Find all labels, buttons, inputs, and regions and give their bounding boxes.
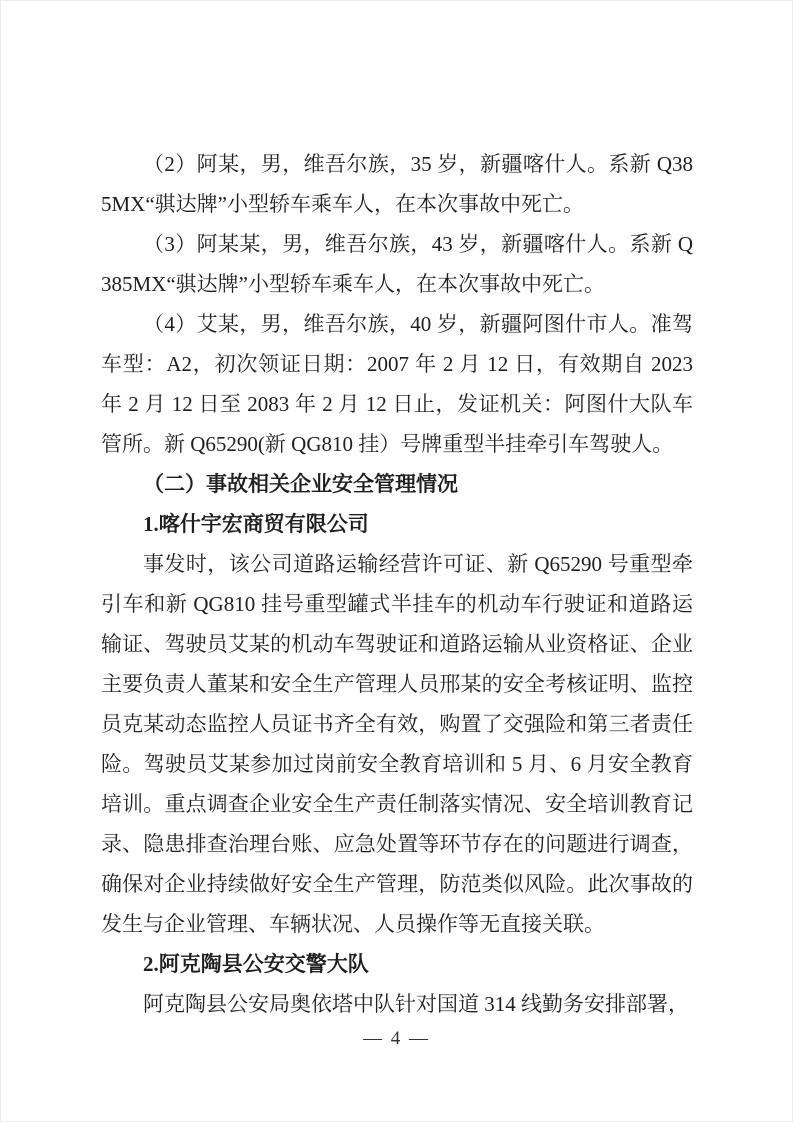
paragraph-victim-3: （3）阿某某，男，维吾尔族，43 岁，新疆喀什人。系新 Q385MX“骐达牌”小… — [101, 224, 693, 304]
paragraph-company-safety-detail: 事发时，该公司道路运输经营许可证、新 Q65290 号重型牵引车和新 QG810… — [101, 544, 693, 944]
paragraph-akto-police-detail: 阿克陶县公安局奥依塔中队针对国道 314 线勤务安排部署， — [101, 984, 693, 1024]
page-number: — 4 — — [1, 1025, 792, 1053]
paragraph-victim-4-driver: （4）艾某，男，维吾尔族，40 岁，新疆阿图什市人。准驾车型：A2，初次领证日期… — [101, 304, 693, 464]
heading-section-2-enterprise-safety: （二）事故相关企业安全管理情况 — [101, 464, 693, 504]
heading-company-kashi-yuhong: 1.喀什宇宏商贸有限公司 — [101, 504, 693, 544]
paragraph-victim-2: （2）阿某，男，维吾尔族，35 岁，新疆喀什人。系新 Q385MX“骐达牌”小型… — [101, 144, 693, 224]
document-body: （2）阿某，男，维吾尔族，35 岁，新疆喀什人。系新 Q385MX“骐达牌”小型… — [101, 144, 693, 1024]
heading-akto-traffic-police: 2.阿克陶县公安交警大队 — [101, 944, 693, 984]
document-page: （2）阿某，男，维吾尔族，35 岁，新疆喀什人。系新 Q385MX“骐达牌”小型… — [0, 0, 793, 1122]
